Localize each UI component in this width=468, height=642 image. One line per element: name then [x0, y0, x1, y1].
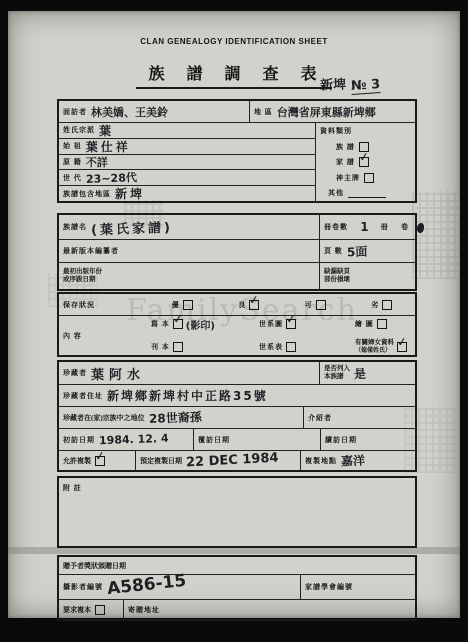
owner-label: 珍藏者 — [63, 368, 87, 378]
opt-lineage-table-checkbox — [286, 342, 296, 352]
owner-visits-table: 珍藏者 葉阿水 是否列入 本族譜 是 珍藏者住址 新埤鄉新埤村中正路35號 — [57, 360, 417, 472]
surname-label: 姓氏宗派 — [63, 125, 95, 135]
notes-box: 附 註 — [57, 476, 417, 548]
damage-label-line2: 部份損壞 — [324, 276, 350, 284]
category-tablet-checkbox — [364, 173, 374, 183]
preservation-label: 保存狀況 — [63, 300, 95, 310]
copy-date-label: 預定複製日期 — [140, 456, 182, 466]
compiler-label: 最新版本編纂者 — [63, 246, 119, 256]
category-jiapu-checkbox — [359, 157, 369, 167]
listed-label-line1: 是否列入 — [324, 365, 350, 373]
opt-poor-checkbox — [382, 300, 392, 310]
publication-label: 最初出版年份 或序跋日期 — [63, 268, 102, 284]
content-option: 繪 圖 — [355, 319, 415, 329]
third-visit-label: 續訪日期 — [325, 435, 357, 445]
coverage-label: 族譜包含地區 — [63, 189, 111, 199]
listed-value: 是 — [354, 364, 367, 381]
book-details-table: 族譜名 (葉氏家譜) 冊卷數 1 冊 卷 最新版本編纂者 頁 數 5面 — [57, 213, 417, 291]
copy-date-value: 22 DEC 1984 — [186, 451, 279, 471]
form-title-wrap: 族 譜 調 查 表 — [8, 61, 460, 89]
first-visit-label: 初訪日期 — [63, 435, 95, 445]
opt-women-data-label: 有關婦女資料 （媳僅姓氏） — [355, 339, 394, 355]
interviewer-value: 林美嬌、王美鈴 — [91, 104, 168, 120]
volumes-value: 1 — [360, 220, 368, 234]
damage-label: 缺漏缺頁 部份損壞 — [324, 268, 350, 284]
society-number-label: 家譜學會編號 — [305, 582, 353, 592]
category-item: 其他 — [320, 188, 411, 198]
preservation-options: 優 良 可 劣 — [149, 294, 415, 315]
photographer-number-label: 攝影者編號 — [63, 582, 103, 592]
opt-manuscript-checkbox — [173, 319, 183, 329]
award-date-label: 贈予者獎狀頒贈日期 — [63, 561, 126, 571]
pages-value: 5面 — [346, 242, 367, 260]
district-label: 地 區 — [254, 107, 273, 117]
second-visit-label: 覆訪日期 — [198, 435, 230, 445]
category-item: 神主牌 — [320, 173, 411, 183]
opt-good-checkbox — [249, 300, 259, 310]
content-label: 內 容 — [63, 331, 82, 341]
category-tablet-label: 神主牌 — [336, 173, 360, 183]
copy-permit-label: 允許複製 — [63, 456, 91, 466]
other-fill-line — [348, 188, 386, 198]
scanned-document: FamilySearch CLAN GENEALOGY IDENTIFICATI… — [0, 0, 468, 642]
annotation-number: № 3 — [350, 77, 380, 95]
owner-address-value: 新埤鄉新埤村中正路35號 — [107, 387, 268, 404]
opt-excellent-checkbox — [183, 300, 193, 310]
preservation-option: 優 — [172, 300, 193, 310]
opt-lineage-chart-label: 世系圖 — [259, 319, 283, 329]
preservation-content-table: 保存狀況 優 良 可 劣 — [57, 292, 417, 357]
request-copy-label: 要求複本 — [63, 605, 91, 615]
district-value: 台灣省屏東縣新埤鄉 — [277, 104, 376, 120]
handwritten-annotation: 新埤 № 3 — [320, 74, 380, 94]
opt-manuscript-label: 寫 本 — [151, 319, 170, 329]
opt-fair-checkbox — [316, 300, 326, 310]
copy-permit-checkbox — [95, 456, 105, 466]
copy-place-value: 嘉洋 — [341, 452, 366, 470]
opt-lineage-table-label: 世系表 — [259, 342, 283, 352]
opt-good-label: 良 — [238, 300, 246, 310]
preservation-option: 可 — [305, 300, 326, 310]
unit-ce: 冊 — [381, 222, 389, 232]
opt-printed-checkbox — [173, 342, 183, 352]
first-visit-value: 1984. 12. 4 — [99, 432, 169, 447]
listed-label: 是否列入 本族譜 — [324, 365, 350, 381]
opt-poor-label: 劣 — [371, 300, 379, 310]
content-option: 寫 本 (影印) — [151, 317, 259, 332]
owner-position-label: 珍藏者在(家)宗族中之地位 — [63, 413, 145, 423]
owner-value: 葉阿水 — [91, 364, 145, 383]
admin-table: 贈予者獎狀頒贈日期 攝影者編號 A586-15 家譜學會編號 要求複本 — [57, 555, 417, 621]
printed-title: CLAN GENEALOGY IDENTIFICATION SHEET — [8, 37, 460, 46]
volumes-label: 冊卷數 — [324, 222, 348, 232]
content-options: 寫 本 (影印) 世系圖 繪 圖 刊 本 — [149, 316, 415, 355]
opt-excellent-label: 優 — [172, 300, 180, 310]
scan-fold-artifact — [8, 547, 460, 554]
owner-address-label: 珍藏者住址 — [63, 391, 103, 401]
opt-printed-label: 刊 本 — [151, 342, 170, 352]
ghost-stamp-icon — [412, 191, 458, 279]
content-option: 世系表 — [259, 342, 355, 352]
opt-fair-label: 可 — [305, 300, 313, 310]
content-option: 有關婦女資料 （媳僅姓氏） — [355, 339, 415, 355]
category-jiapu-label: 家 譜 — [336, 157, 355, 167]
generations-label: 世 代 — [63, 173, 82, 183]
ancestor-label: 始 祖 — [63, 141, 82, 151]
content-option: 世系圖 — [259, 319, 355, 329]
origin-label: 原 籍 — [63, 157, 82, 167]
preservation-option: 劣 — [371, 300, 392, 310]
opt-manuscript-note: (影印) — [186, 317, 215, 332]
category-item: 家 譜 — [320, 157, 411, 167]
introducer-label: 介紹者 — [308, 413, 332, 423]
basic-info-table: 面訪者 林美嬌、王美鈴 地 區 台灣省屏東縣新埤鄉 姓氏宗派 葉 — [57, 99, 417, 203]
damage-label-line1: 缺漏缺頁 — [324, 268, 350, 276]
ancestor-value: 葉仕祥 — [86, 138, 131, 155]
pages-label: 頁 數 — [324, 246, 343, 256]
owner-position-value: 28世裔孫 — [148, 408, 201, 427]
photographer-number-value: A586-15 — [106, 571, 187, 599]
opt-drawing-label: 繪 圖 — [355, 319, 374, 329]
content-option: 刊 本 — [151, 342, 259, 352]
annotation-place: 新埤 — [320, 74, 347, 94]
surname-value: 葉 — [99, 122, 111, 139]
opt-women-label-text: 有關婦女資料 — [355, 339, 394, 347]
origin-value: 不詳 — [86, 154, 108, 170]
request-copy-checkbox — [95, 605, 105, 615]
opt-lineage-chart-checkbox — [286, 319, 296, 329]
listed-label-line2: 本族譜 — [324, 373, 350, 381]
category-other-label: 其他 — [328, 188, 344, 198]
opt-women-note: （媳僅姓氏） — [355, 347, 394, 355]
form-title: 族 譜 調 查 表 — [136, 61, 331, 89]
generations-value: 23~28代 — [85, 169, 136, 187]
mailing-address-label: 寄贈地址 — [128, 605, 160, 615]
category-title: 資料類別 — [320, 126, 411, 136]
notes-label: 附 註 — [63, 483, 82, 493]
unit-juan: 卷 — [401, 222, 409, 232]
interviewer-label: 面訪者 — [63, 107, 87, 117]
publication-label-line1: 最初出版年份 — [63, 268, 102, 276]
book-name-value: (葉氏家譜) — [91, 216, 174, 238]
opt-drawing-checkbox — [377, 319, 387, 329]
book-name-label: 族譜名 — [63, 222, 87, 232]
publication-label-line2: 或序跋日期 — [63, 276, 102, 284]
category-zupu-label: 族 譜 — [336, 142, 355, 152]
paper-sheet: FamilySearch CLAN GENEALOGY IDENTIFICATI… — [8, 11, 460, 618]
preservation-option: 良 — [238, 300, 259, 310]
data-category-box: 資料類別 族 譜 家 譜 神主牌 — [316, 123, 415, 201]
coverage-value: 新埤 — [115, 185, 145, 202]
copy-place-label: 複製地點 — [305, 456, 337, 466]
opt-women-data-checkbox — [397, 342, 407, 352]
